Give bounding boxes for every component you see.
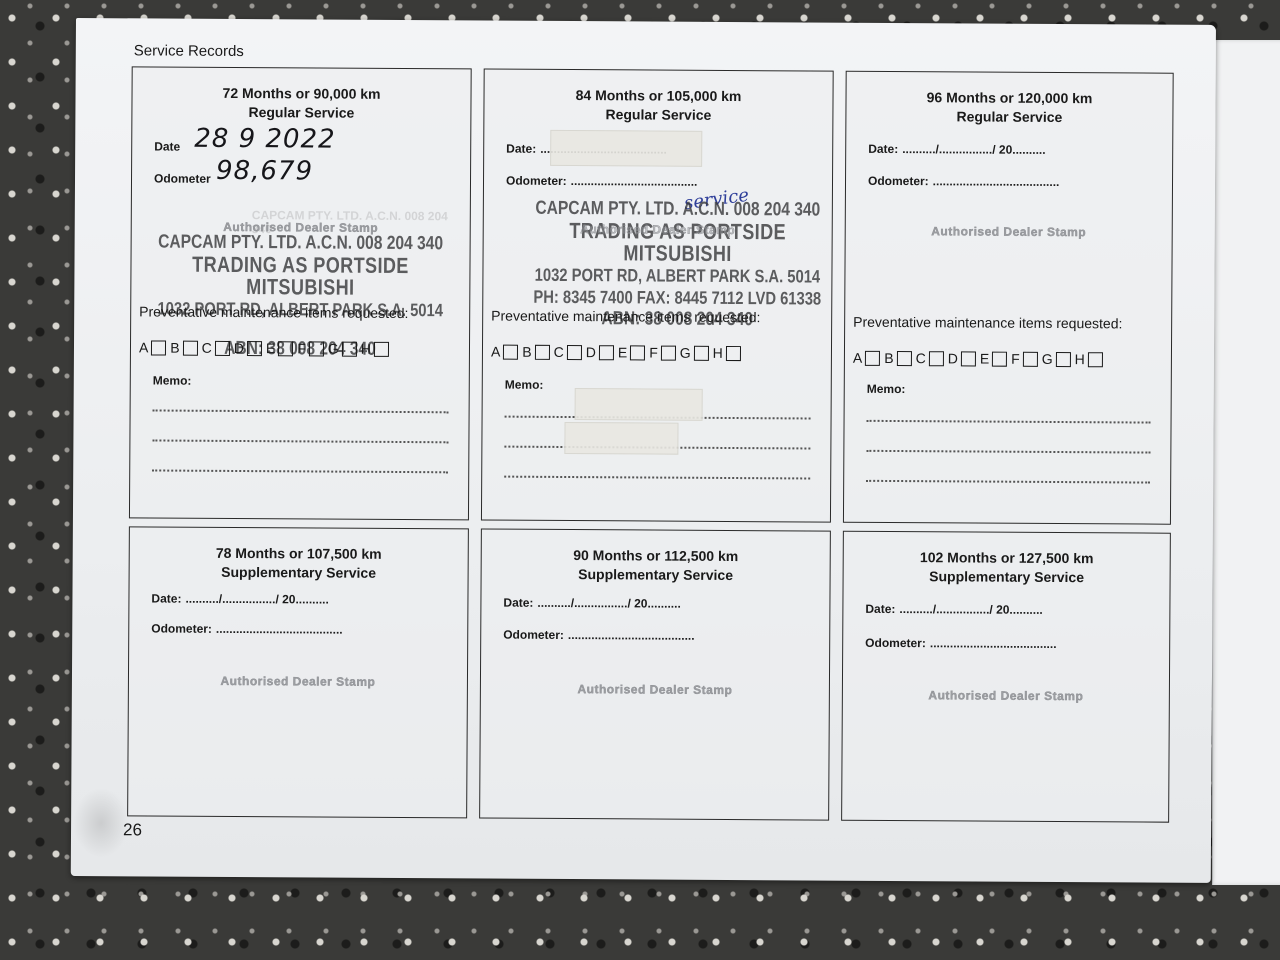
odometer-field[interactable]: Odometer	[154, 171, 215, 185]
authorised-dealer-stamp-label: Authorised Dealer Stamp	[843, 688, 1169, 704]
service-type: Supplementary Service	[482, 564, 830, 585]
service-type: Regular Service	[846, 107, 1172, 128]
service-type: Supplementary Service	[844, 567, 1170, 588]
checkbox-c[interactable]	[215, 340, 230, 355]
odometer-field[interactable]: Odometer:...............................…	[865, 636, 1056, 651]
date-field[interactable]: Date	[154, 139, 184, 153]
memo-line[interactable]	[152, 439, 448, 443]
service-box-84-months: 84 Months or 105,000 km Regular Service …	[481, 68, 834, 522]
tape-patch	[575, 388, 703, 421]
checkbox-d[interactable]	[961, 351, 976, 366]
service-book-page: Service Records 72 Months or 90,000 km R…	[71, 18, 1216, 883]
checkbox-f[interactable]	[309, 341, 324, 356]
service-box-90-months: 90 Months or 112,500 km Supplementary Se…	[479, 528, 831, 820]
memo-line[interactable]	[504, 476, 810, 480]
page-header: Service Records	[134, 42, 244, 60]
pm-requested-label: Preventative maintenance items requested…	[139, 303, 408, 321]
service-interval: 90 Months or 112,500 km	[482, 545, 830, 566]
checkbox-g[interactable]	[1056, 351, 1071, 366]
checkbox-c[interactable]	[929, 351, 944, 366]
checkbox-d[interactable]	[247, 341, 262, 356]
pm-requested-label: Preventative maintenance items requested…	[491, 308, 760, 326]
odometer-field[interactable]: Odometer:...............................…	[503, 628, 694, 643]
service-box-78-months: 78 Months or 107,500 km Supplementary Se…	[127, 526, 469, 818]
checkbox-e[interactable]	[992, 351, 1007, 366]
authorised-dealer-stamp-label: Authorised Dealer Stamp	[129, 673, 467, 689]
checkbox-c[interactable]	[567, 345, 582, 360]
service-box-72-months: 72 Months or 90,000 km Regular Service D…	[129, 66, 472, 520]
service-type: Supplementary Service	[130, 562, 468, 583]
odometer-field[interactable]: Odometer:...............................…	[506, 174, 697, 189]
checkbox-f[interactable]	[1023, 351, 1038, 366]
memo-label: Memo:	[867, 382, 906, 396]
service-title: 102 Months or 127,500 km Supplementary S…	[844, 548, 1170, 588]
memo-line[interactable]	[866, 450, 1150, 454]
date-field[interactable]: Date:........../................/ 20....…	[503, 596, 680, 611]
memo-label: Memo:	[505, 378, 544, 392]
service-interval: 102 Months or 127,500 km	[844, 548, 1170, 569]
memo-line[interactable]	[867, 420, 1151, 424]
facing-page-edge	[1212, 40, 1280, 885]
memo-line[interactable]	[153, 409, 449, 413]
pm-requested-label: Preventative maintenance items requested…	[853, 314, 1122, 332]
service-title: 84 Months or 105,000 km Regular Service	[484, 85, 832, 125]
checkbox-e[interactable]	[630, 345, 645, 360]
checkbox-h[interactable]	[726, 345, 741, 360]
authorised-dealer-stamp-label: Authorised Dealer Stamp	[484, 221, 832, 237]
pm-checkboxes: A B C D E F G H	[491, 344, 745, 362]
checkbox-b[interactable]	[897, 351, 912, 366]
service-title: 90 Months or 112,500 km Supplementary Se…	[482, 545, 830, 585]
memo-line[interactable]	[152, 469, 448, 473]
memo-line[interactable]	[866, 480, 1150, 484]
checkbox-b[interactable]	[535, 344, 550, 359]
handwritten-date: 28 9 2022	[194, 124, 336, 155]
service-title: 78 Months or 107,500 km Supplementary Se…	[130, 543, 468, 583]
service-box-102-months: 102 Months or 127,500 km Supplementary S…	[841, 531, 1171, 823]
checkbox-g[interactable]	[694, 345, 709, 360]
checkbox-h[interactable]	[374, 341, 389, 356]
service-type: Regular Service	[132, 102, 470, 123]
service-title: 72 Months or 90,000 km Regular Service	[132, 83, 470, 123]
checkbox-h[interactable]	[1088, 352, 1103, 367]
service-interval: 96 Months or 120,000 km	[846, 88, 1172, 109]
date-field[interactable]: Date:........../................/ 20....…	[868, 142, 1045, 157]
service-box-96-months: 96 Months or 120,000 km Regular Service …	[843, 71, 1174, 525]
service-interval: 84 Months or 105,000 km	[484, 85, 832, 106]
checkbox-f[interactable]	[661, 345, 676, 360]
checkbox-a[interactable]	[865, 350, 880, 365]
checkbox-b[interactable]	[183, 340, 198, 355]
checkbox-g[interactable]	[342, 341, 357, 356]
authorised-dealer-stamp-label: Authorised Dealer Stamp	[481, 681, 829, 697]
authorised-dealer-stamp-label: Authorised Dealer Stamp	[846, 224, 1172, 240]
page-number: 26	[123, 820, 142, 840]
handwritten-odometer: 98,679	[216, 156, 313, 187]
service-interval: 78 Months or 107,500 km	[130, 543, 468, 564]
redacted-date-patch	[550, 130, 702, 167]
odometer-field[interactable]: Odometer:...............................…	[868, 174, 1059, 189]
service-type: Regular Service	[484, 104, 832, 125]
service-interval: 72 Months or 90,000 km	[132, 83, 470, 104]
checkbox-a[interactable]	[503, 344, 518, 359]
tape-patch	[564, 422, 678, 455]
odometer-field[interactable]: Odometer:...............................…	[151, 621, 342, 636]
checkbox-a[interactable]	[151, 340, 166, 355]
pm-checkboxes: A B C D E F G H	[853, 350, 1107, 368]
date-field[interactable]: Date:........../................/ 20....…	[151, 591, 328, 606]
pm-checkboxes: A B C D E F G H	[139, 339, 393, 357]
memo-label: Memo:	[153, 373, 192, 387]
thumbprint-smudge	[73, 788, 129, 858]
date-field[interactable]: Date:........../................/ 20....…	[865, 602, 1042, 617]
service-title: 96 Months or 120,000 km Regular Service	[846, 88, 1172, 128]
checkbox-d[interactable]	[599, 345, 614, 360]
checkbox-e[interactable]	[278, 341, 293, 356]
service-records-grid: 72 Months or 90,000 km Regular Service D…	[127, 66, 1174, 822]
